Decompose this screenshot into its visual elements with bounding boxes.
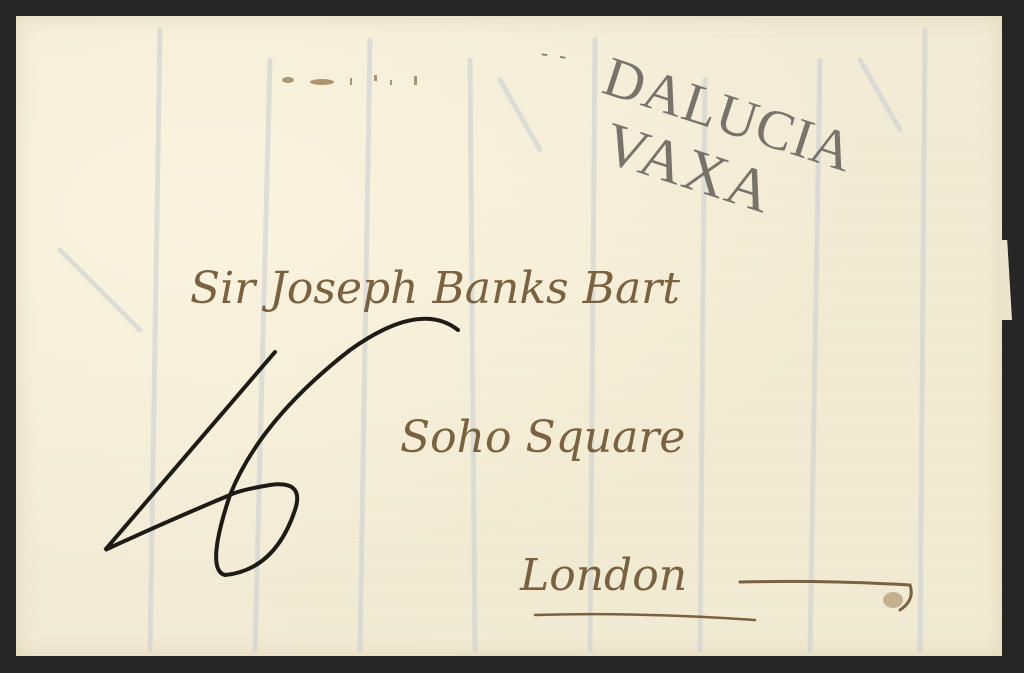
postmark: - - DALUCIA VAXA [539,41,861,226]
ink-stain [883,592,903,608]
address-line2: Soho Square [400,412,685,463]
letter-markings: - - DALUCIA VAXA Sir Joseph Banks Bart S… [0,0,1024,673]
address-line3: London [519,550,687,601]
svg-text:- -: - - [539,41,570,70]
faint-mark [282,75,417,85]
address-line1: Sir Joseph Banks Bart [190,263,680,314]
